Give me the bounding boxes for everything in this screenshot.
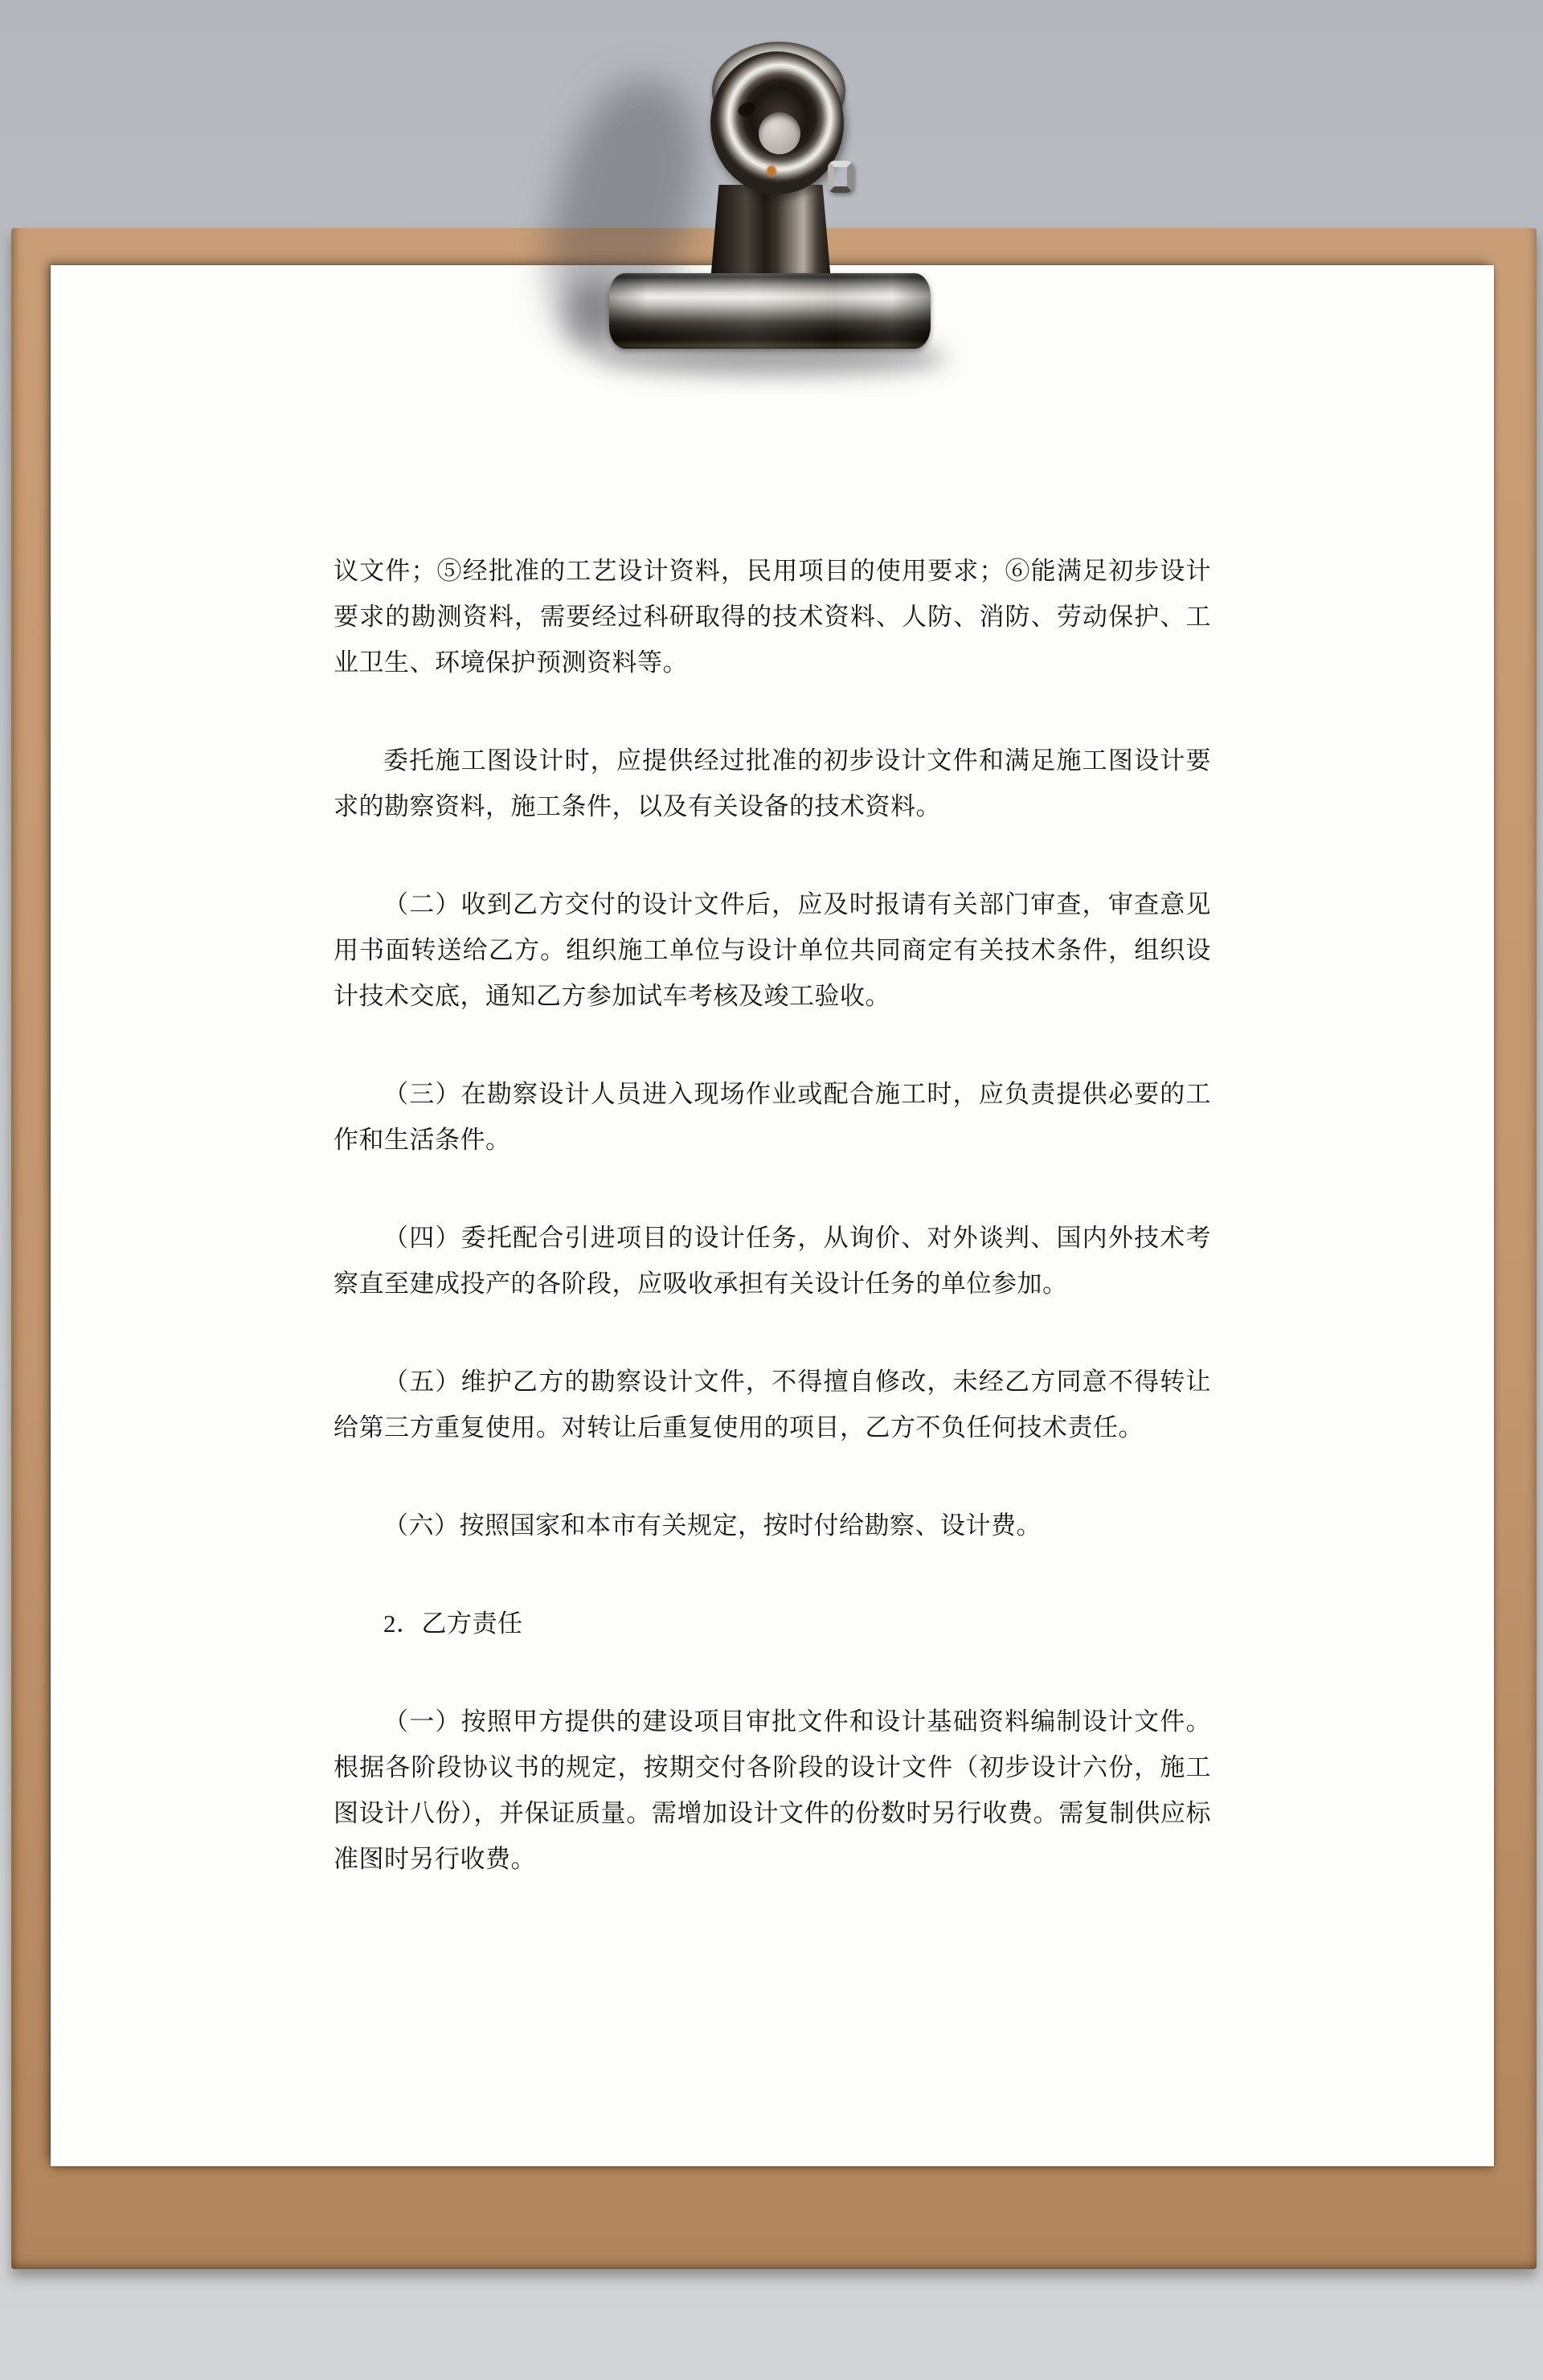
paper-sheet: 议文件；⑤经批准的工艺设计资料，民用项目的使用要求；⑥能满足初步设计要求的勘测资… — [51, 265, 1494, 2166]
paragraph: （一）按照甲方提供的建设项目审批文件和设计基础资料编制设计文件。根据各阶段协议书… — [334, 1699, 1211, 1882]
document-text: 议文件；⑤经批准的工艺设计资料，民用项目的使用要求；⑥能满足初步设计要求的勘测资… — [334, 548, 1211, 1882]
paragraph: 2．乙方责任 — [334, 1601, 1211, 1646]
scene-background: 议文件；⑤经批准的工艺设计资料，民用项目的使用要求；⑥能满足初步设计要求的勘测资… — [0, 0, 1543, 2380]
clip-lever-loop — [828, 161, 853, 193]
paragraph: （四）委托配合引进项目的设计任务，从询价、对外谈判、国内外技术考察直至建成投产的… — [334, 1215, 1211, 1307]
clip-glint — [767, 166, 776, 177]
paragraph: 议文件；⑤经批准的工艺设计资料，民用项目的使用要求；⑥能满足初步设计要求的勘测资… — [334, 548, 1211, 685]
paragraph: 委托施工图设计时，应提供经过批准的初步设计文件和满足施工图设计要求的勘察资料，施… — [334, 738, 1211, 829]
clip-coil-hole — [759, 112, 800, 154]
paragraph: （五）维护乙方的勘察设计文件，不得擅自修改，未经乙方同意不得转让给第三方重复使用… — [334, 1359, 1211, 1450]
clip-body — [710, 185, 831, 281]
clipboard-board: 议文件；⑤经批准的工艺设计资料，民用项目的使用要求；⑥能满足初步设计要求的勘测资… — [11, 228, 1537, 2269]
paragraph: （二）收到乙方交付的设计文件后，应及时报请有关部门审查，审查意见用书面转送给乙方… — [334, 881, 1211, 1019]
paragraph: （六）按照国家和本市有关规定，按时付给勘察、设计费。 — [334, 1503, 1211, 1548]
clip-clamp-bar — [609, 273, 931, 349]
paragraph: （三）在勘察设计人员进入现场作业或配合施工时，应负责提供必要的工作和生活条件。 — [334, 1071, 1211, 1163]
